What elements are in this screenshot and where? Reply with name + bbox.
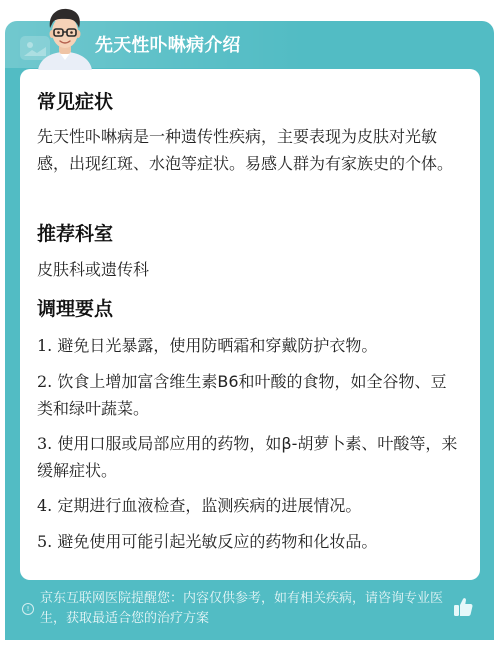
list-item: 2. 饮食上增加富含维生素B6和叶酸的食物，如全谷物、豆类和绿叶蔬菜。 — [37, 368, 462, 422]
info-card: 常见症状 先天性卟啉病是一种遗传性疾病，主要表现为皮肤对光敏感，出现红斑、水泡等… — [20, 69, 480, 580]
list-item-text: 避免日光暴露，使用防晒霜和穿戴防护衣物。 — [57, 336, 377, 355]
list-item-text: 饮食上增加富含维生素B6和叶酸的食物，如全谷物、豆类和绿叶蔬菜。 — [37, 372, 447, 418]
list-item: 4. 定期进行血液检查，监测疾病的进展情况。 — [37, 492, 462, 519]
list-item-number: 5. — [37, 532, 52, 551]
section-title-care: 调理要点 — [37, 294, 113, 321]
section-title-department: 推荐科室 — [37, 219, 113, 246]
page-title: 先天性卟啉病介绍 — [95, 31, 241, 57]
thumbs-up-icon[interactable] — [452, 596, 474, 618]
disclaimer-text: 京东互联网医院提醒您：内容仅供参考，如有相关疾病，请咨询专业医生，获取最适合您的… — [40, 589, 460, 629]
list-item-text: 定期进行血液检查，监测疾病的进展情况。 — [57, 496, 361, 515]
section-title-symptoms: 常见症状 — [37, 87, 113, 114]
doctor-avatar — [30, 4, 100, 70]
list-item-number: 4. — [37, 496, 52, 515]
list-item-number: 2. — [37, 372, 52, 391]
list-item-text: 避免使用可能引起光敏反应的药物和化妆品。 — [57, 532, 377, 551]
list-item: 3. 使用口服或局部应用的药物，如β-胡萝卜素、叶酸等，来缓解症状。 — [37, 430, 462, 484]
info-icon: ! — [22, 603, 34, 615]
symptoms-text: 先天性卟啉病是一种遗传性疾病，主要表现为皮肤对光敏感，出现红斑、水泡等症状。易感… — [37, 123, 457, 177]
list-item-number: 1. — [37, 336, 52, 355]
department-text: 皮肤科或遗传科 — [37, 256, 457, 283]
list-item: 5. 避免使用可能引起光敏反应的药物和化妆品。 — [37, 528, 462, 555]
list-item-number: 3. — [37, 434, 52, 453]
list-item-text: 使用口服或局部应用的药物，如β-胡萝卜素、叶酸等，来缓解症状。 — [37, 434, 457, 480]
list-item: 1. 避免日光暴露，使用防晒霜和穿戴防护衣物。 — [37, 332, 462, 359]
